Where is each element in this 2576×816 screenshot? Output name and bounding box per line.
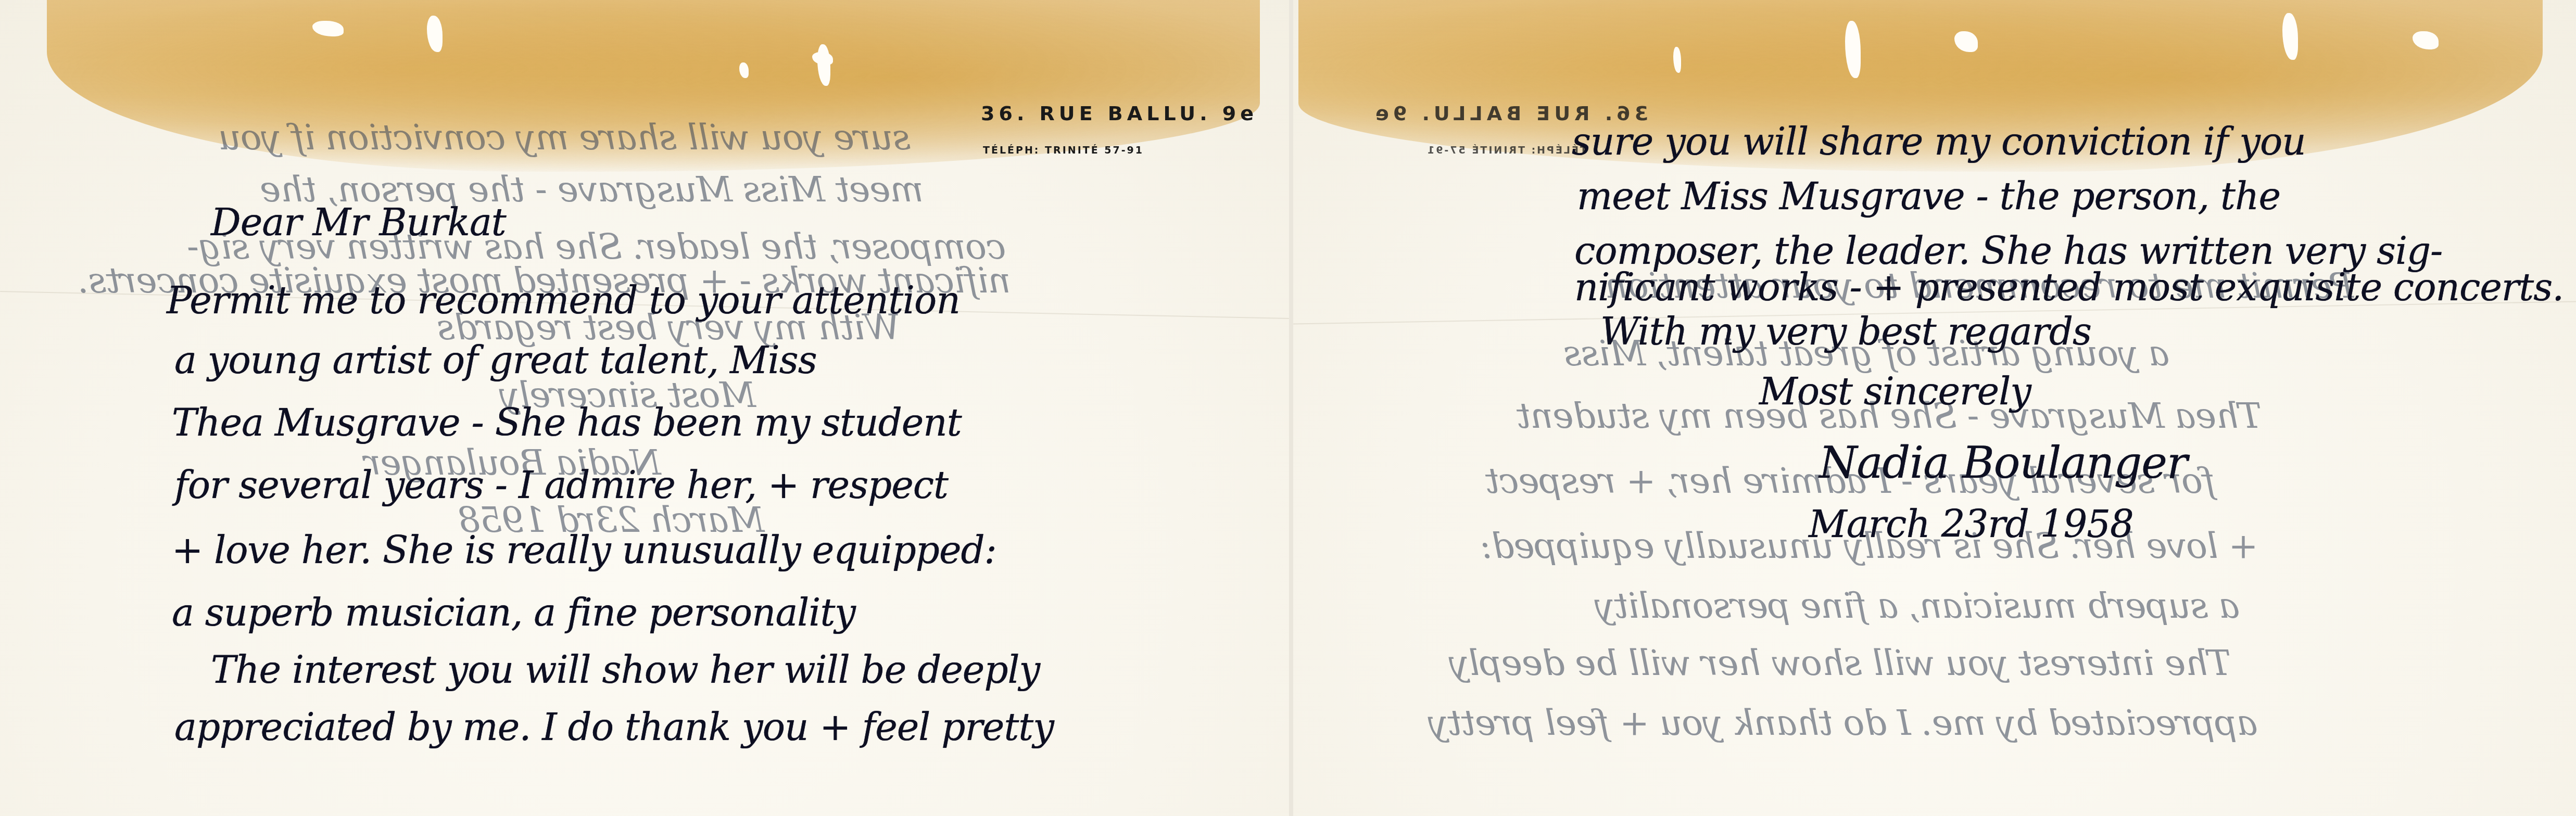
letter-line: for several years - I admire her, + resp… — [174, 463, 948, 507]
letterhead-address: 36. RUE BALLU. 9e — [981, 102, 1258, 125]
letter-line: + love her. She is really unusually equi… — [172, 528, 996, 572]
bleed-through-text: sure you will share my conviction if you — [219, 117, 911, 158]
bleed-through-text: appreciated by me. I do thank you + feel… — [1429, 703, 2258, 744]
letter-line: nificant works - + presented most exquis… — [1574, 265, 2564, 309]
letterhead-telephone-mirrored: TÉLÉPH: TRINITÉ 57-91 — [1426, 145, 1587, 156]
letter-line: sure you will share my conviction if you — [1572, 120, 2306, 163]
signature: Nadia Boulanger — [1819, 437, 2187, 488]
closing-line: With my very best regards — [1600, 310, 2091, 353]
letter-line: The interest you will show her will be d… — [211, 648, 1040, 692]
salutation: Dear Mr Burkat — [211, 200, 506, 244]
letter-line: a young artist of great talent, Miss — [174, 338, 817, 382]
bleed-through-text: The interest you will show her will be d… — [1449, 643, 2231, 684]
letterhead-telephone: TÉLÉPH: TRINITÉ 57-91 — [983, 145, 1144, 156]
letter-line: meet Miss Musgrave - the person, the — [1577, 174, 2280, 218]
letter-page-1: 36. RUE BALLU. 9e TÉLÉPH: TRINITÉ 57-91 … — [0, 0, 1289, 816]
bleed-through-text: a superb musician, a fine personality — [1595, 585, 2240, 627]
letter-date: March 23rd 1958 — [1809, 502, 2133, 546]
letter-line: Thea Musgrave - She has been my student — [172, 401, 962, 444]
sign-off: Most sincerely — [1759, 369, 2031, 413]
letter-page-2: 36. RUE BALLU. 9e TÉLÉPH: TRINITÉ 57-91 … — [1293, 0, 2576, 816]
letter-line: a superb musician, a fine personality — [172, 591, 855, 634]
letter-line: Permit me to recommend to your attention — [167, 278, 960, 322]
letter-line: appreciated by me. I do thank you + feel… — [174, 705, 1054, 749]
page-gutter — [1289, 0, 1293, 816]
